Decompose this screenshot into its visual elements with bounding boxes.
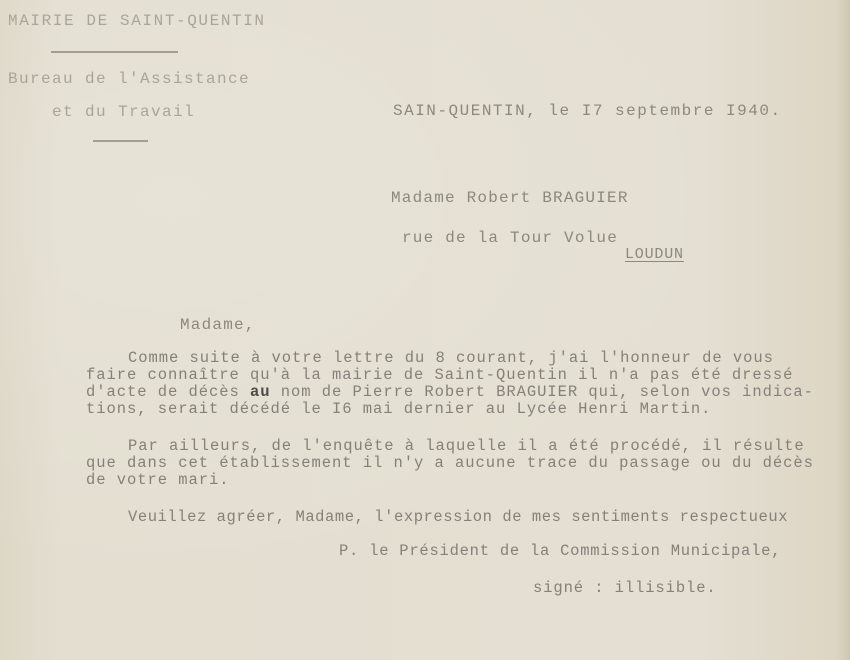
letterhead-department-line1: Bureau de l'Assistance — [8, 70, 250, 88]
paragraph2-line2: que dans cet établissement il n'y a aucu… — [86, 454, 814, 472]
closing-formula: Veuillez agréer, Madame, l'expression de… — [128, 508, 788, 526]
dateline: SAIN-QUENTIN, le I7 septembre I940. — [393, 102, 782, 120]
recipient-name: Madame Robert BRAGUIER — [391, 189, 629, 207]
paragraph2-line3: de votre mari. — [86, 471, 230, 489]
signature-title: P. le Président de la Commission Municip… — [339, 542, 781, 560]
letterhead-rule-bottom — [93, 140, 148, 142]
overtyped-word: au — [250, 383, 271, 401]
paragraph1-line3-end: nom de Pierre Robert BRAGUIER qui, selon… — [271, 383, 814, 401]
salutation: Madame, — [180, 316, 256, 334]
recipient-city: LOUDUN — [625, 246, 684, 263]
paragraph1-line2: faire connaître qu'à la mairie de Saint-… — [86, 366, 793, 384]
paragraph1-line4: tions, serait décédé le I6 mai dernier a… — [86, 400, 711, 418]
paragraph1-line3-start: d'acte de décès — [86, 383, 250, 401]
paragraph1-line3: d'acte de décès au nom de Pierre Robert … — [86, 383, 814, 401]
letterhead-department-line2: et du Travail — [52, 103, 195, 121]
paragraph1-line1: Comme suite à votre lettre du 8 courant,… — [128, 349, 774, 367]
signature-note: signé : illisible. — [533, 579, 717, 597]
document-page: MAIRIE DE SAINT-QUENTIN Bureau de l'Assi… — [0, 0, 850, 660]
letterhead-institution: MAIRIE DE SAINT-QUENTIN — [8, 12, 266, 30]
paragraph2-line1: Par ailleurs, de l'enquête à laquelle il… — [128, 437, 805, 455]
recipient-street: rue de la Tour Volue — [402, 229, 618, 247]
paper-edge-shadow — [836, 0, 850, 660]
letterhead-rule-top — [51, 51, 178, 53]
